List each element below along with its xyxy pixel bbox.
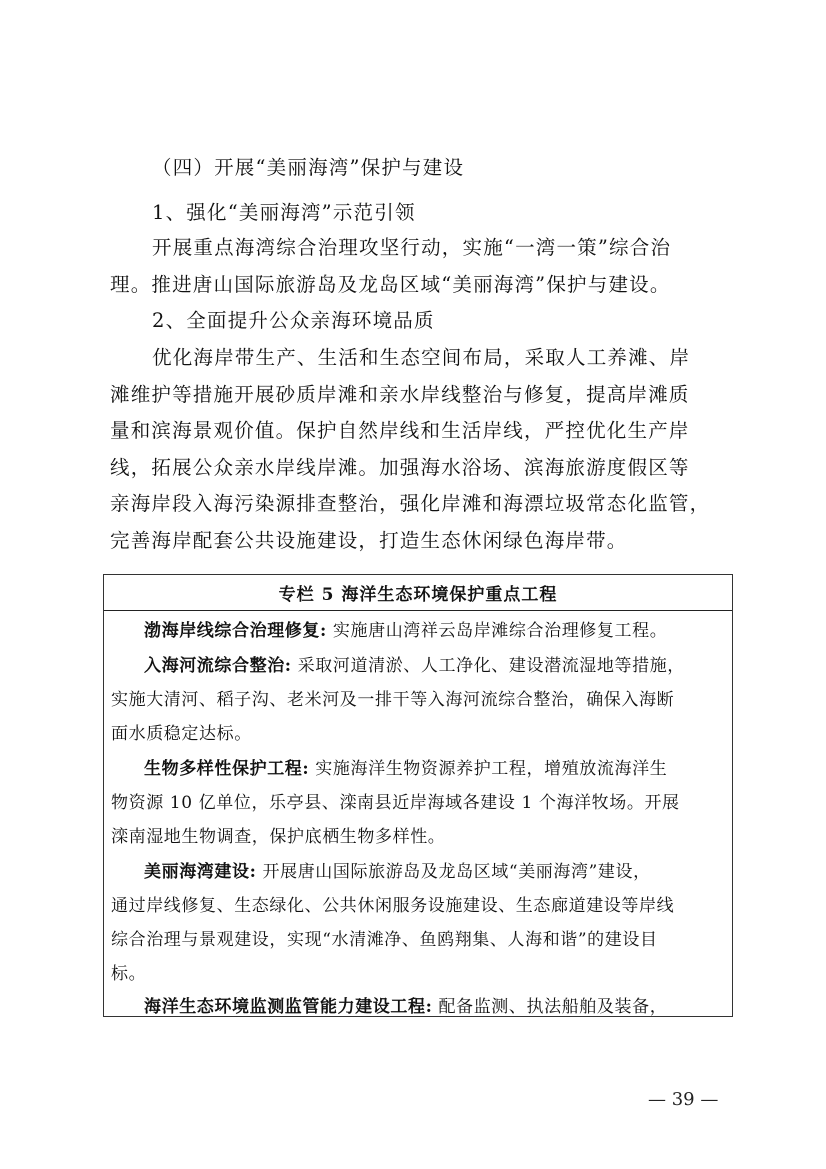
paragraph-line: 开展重点海湾综合治理攻坚行动，实施“一湾一策”综合治 [152, 238, 671, 258]
box-item-label: 入海河流综合整治: [144, 656, 292, 676]
page-number: — 39 — [648, 1089, 718, 1110]
paragraph-line: 优化海岸带生产、生活和生态空间布局，采取人工养滩、岸 [152, 348, 690, 368]
box-item-text: 综合治理与景观建设，实现“水清滩净、鱼鸥翔集、人海和谐”的建设目 [111, 932, 658, 949]
box-item-text: 配备监测、执法船舶及装备， [439, 997, 668, 1017]
box-item-text: 实施唐山湾祥云岛岸滩综合治理修复工程。 [333, 621, 667, 641]
section-heading: （四）开展“美丽海湾”保护与建设 [152, 158, 464, 178]
feature-box-title: 专栏 5 海洋生态环境保护重点工程 [104, 575, 732, 611]
box-item-text: 面水质稳定达标。 [111, 726, 252, 743]
box-item-text: 标。 [111, 966, 146, 983]
feature-box: 专栏 5 海洋生态环境保护重点工程 渤海岸线综合治理修复: 实施唐山湾祥云岛岸滩… [103, 574, 733, 1017]
box-item-text: 开展唐山国际旅游岛及龙岛区域“美丽海湾”建设， [263, 862, 651, 882]
subsection-2-heading: 2、全面提升公众亲海环境品质 [152, 311, 435, 331]
box-item-label: 渤海岸线综合治理修复: [144, 621, 327, 641]
box-item-text: 采取河道清淤、人工净化、建设潜流湿地等措施， [298, 656, 685, 676]
box-item-text: 通过岸线修复、生态绿化、公共休闲服务设施建设、生态廊道建设等岸线 [111, 898, 674, 915]
box-item-text: 实施大清河、稻子沟、老米河及一排干等入海河流综合整治，确保入海断 [111, 692, 674, 709]
box-item-text: 实施海洋生物资源养护工程，增殖放流海洋生 [315, 759, 667, 779]
subsection-1-heading: 1、强化“美丽海湾”示范引领 [152, 203, 416, 223]
paragraph-line: 滩维护等措施开展砂质岸滩和亲水岸线整治与修复，提高岸滩质 [110, 385, 690, 405]
paragraph-line: 理。推进唐山国际旅游岛及龙岛区域“美丽海湾”保护与建设。 [110, 275, 671, 295]
box-item: 美丽海湾建设: 开展唐山国际旅游岛及龙岛区域“美丽海湾”建设， [144, 864, 651, 881]
box-item: 海洋生态环境监测监管能力建设工程: 配备监测、执法船舶及装备， [144, 999, 667, 1016]
paragraph-line: 完善海岸配套公共设施建设，打造生态休闲绿色海岸带。 [110, 531, 628, 551]
paragraph-line: 线，拓展公众亲水岸线岸滩。加强海水浴场、滨海旅游度假区等 [110, 458, 690, 478]
box-item-text: 滦南湿地生物调查，保护底栖生物多样性。 [111, 829, 445, 846]
box-item-label: 美丽海湾建设: [144, 862, 256, 882]
paragraph-line: 亲海岸段入海污染源排查整治，强化岸滩和海漂垃圾常态化监管， [110, 494, 710, 514]
box-item-text: 物资源 10 亿单位，乐亭县、滦南县近岸海域各建设 1 个海洋牧场。开展 [111, 795, 680, 812]
box-item: 入海河流综合整治: 采取河道清淤、人工净化、建设潜流湿地等措施， [144, 658, 685, 675]
box-item-label: 生物多样性保护工程: [144, 759, 309, 779]
box-item: 渤海岸线综合治理修复: 实施唐山湾祥云岛岸滩综合治理修复工程。 [144, 623, 667, 640]
box-item: 生物多样性保护工程: 实施海洋生物资源养护工程，增殖放流海洋生 [144, 761, 667, 778]
box-item-label: 海洋生态环境监测监管能力建设工程: [144, 997, 432, 1017]
paragraph-line: 量和滨海景观价值。保护自然岸线和生活岸线，严控优化生产岸 [110, 421, 690, 441]
